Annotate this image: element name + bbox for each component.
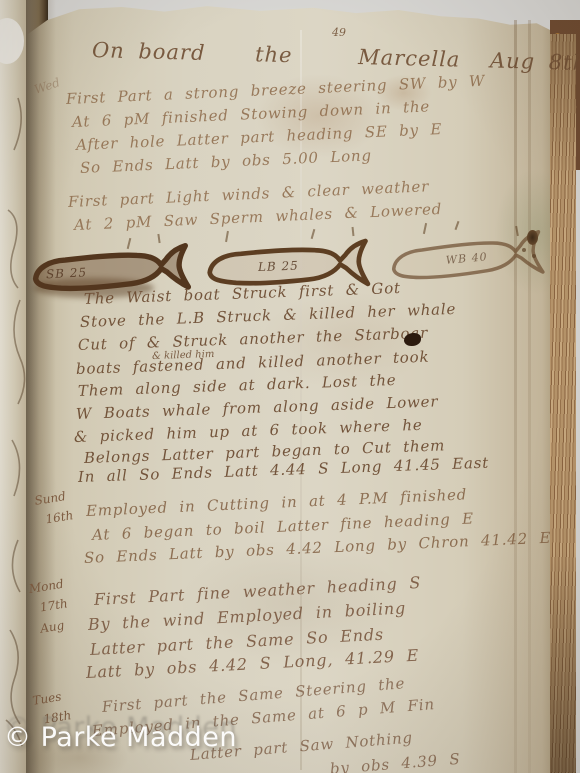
- wormhole-damage: [527, 230, 538, 245]
- whale-stamp-label: SB 25: [46, 265, 88, 281]
- page-number: 49: [332, 26, 346, 39]
- book-page-edges: [550, 34, 576, 773]
- margin-note-line: 17th: [39, 594, 70, 618]
- page-crease: [514, 20, 517, 773]
- entry-date: Aug 8th: [490, 48, 580, 75]
- logbook-photo: On board the Marcella Aug 8th 49 Wed Sun…: [0, 0, 580, 773]
- ship-name: Marcella: [358, 45, 461, 72]
- whale-stamp-label: LB 25: [258, 259, 299, 274]
- margin-note-line: 16th: [44, 506, 75, 530]
- page-crease: [528, 20, 531, 773]
- margin-note: Sund 16th: [33, 485, 75, 531]
- header-prefix: On board: [92, 38, 206, 65]
- book-gutter-shadow: [26, 0, 56, 773]
- header-article: the: [255, 42, 293, 67]
- copyright-watermark: © Parke Madden: [4, 722, 237, 753]
- damage-speck: [532, 254, 536, 258]
- damage-speck: [522, 248, 526, 252]
